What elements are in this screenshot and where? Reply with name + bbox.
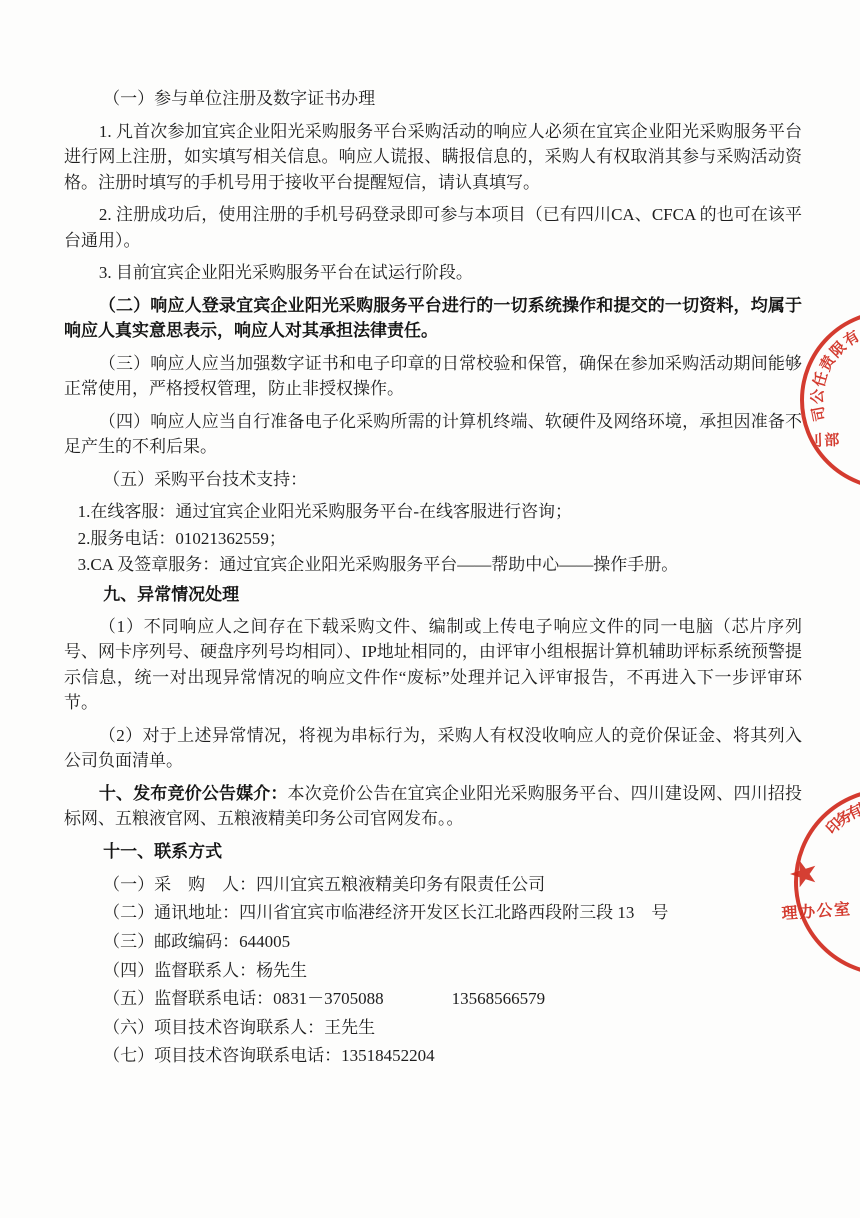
section-subheading: （一）参与单位注册及数字证书办理 (64, 86, 802, 112)
paragraph: 3. 目前宜宾企业阳光采购服务平台在试运行阶段。 (64, 260, 802, 286)
paragraph-with-bold-lead: 十、发布竞价公告媒介：本次竞价公告在宜宾企业阳光采购服务平台、四川建设网、四川招… (64, 781, 802, 832)
seal-arc-char: 公 (809, 388, 827, 405)
contact-line: （七）项目技术咨询联系电话：13518452204 (64, 1042, 802, 1071)
seal-arc-char: 司 (809, 405, 830, 423)
seal-arc-char: 限 (826, 338, 849, 361)
seal-arc-char: 任 (810, 370, 832, 390)
contact-line: （六）项目技术咨询联系人：王先生 (64, 1014, 802, 1043)
section-heading: 九、异常情况处理 (64, 582, 802, 608)
seal-arc-char: 有 (840, 327, 860, 350)
list-item: 3.CA 及签章服务：通过宜宾企业阳光采购服务平台——帮助中心——操作手册。 (64, 552, 802, 579)
contact-line: （二）通讯地址：四川省宜宾市临港经济开发区长江北路西段附三段 13 号 (64, 899, 802, 928)
seal-inner-text: 刂部 (808, 431, 842, 450)
list-item: 1.在线客服：通过宜宾企业阳光采购服务平台-在线客服进行咨询； (64, 499, 802, 526)
section-subheading: （五）采购平台技术支持： (64, 467, 802, 493)
paragraph: 2. 注册成功后，使用注册的手机号码登录即可参与本项目（已有四川CA、CFCA … (64, 202, 802, 253)
seal-arc-char: 务 (832, 807, 855, 830)
paragraph: （三）响应人应当加强数字证书和电子印章的日常校验和保管，确保在参加采购活动期间能… (64, 351, 802, 402)
paragraph: 1. 凡首次参加宜宾企业阳光采购服务平台采购活动的响应人必须在宜宾企业阳光采购服… (64, 119, 802, 196)
seal-arc-char: 责 (817, 352, 840, 374)
document-body: （一）参与单位注册及数字证书办理1. 凡首次参加宜宾企业阳光采购服务平台采购活动… (64, 86, 802, 1071)
section-heading: 十一、联系方式 (64, 839, 802, 865)
contact-line: （四）监督联系人：杨先生 (64, 957, 802, 986)
document-page: （一）参与单位注册及数字证书办理1. 凡首次参加宜宾企业阳光采购服务平台采购活动… (0, 0, 860, 1218)
seal-arc-char: 印 (823, 815, 846, 838)
list-item: 2.服务电话：01021362559； (64, 526, 802, 553)
bold-lead: 十、发布竞价公告媒介： (99, 784, 288, 803)
seal-arc-char: 限 (857, 797, 860, 818)
paragraph: （四）响应人应当自行准备电子化采购所需的计算机终端、软硬件及网络环境，承担因准备… (64, 409, 802, 460)
paragraph: （2）对于上述异常情况，将视为串标行为，采购人有权没收响应人的竞价保证金、将其列… (64, 723, 802, 774)
paragraph-bold: （二）响应人登录宜宾企业阳光采购服务平台进行的一切系统操作和提交的一切资料，均属… (64, 293, 802, 344)
seal-arc-char: 有 (844, 801, 860, 824)
contact-line: （三）邮政编码：644005 (64, 928, 802, 957)
paragraph: （1）不同响应人之间存在下载采购文件、编制或上传电子响应文件的同一电脑（芯片序列… (64, 614, 802, 716)
contact-line: （五）监督联系电话：0831－3705088 13568566579 (64, 985, 802, 1014)
contact-line: （一）采 购 人：四川宜宾五粮液精美印务有限责任公司 (64, 871, 802, 900)
